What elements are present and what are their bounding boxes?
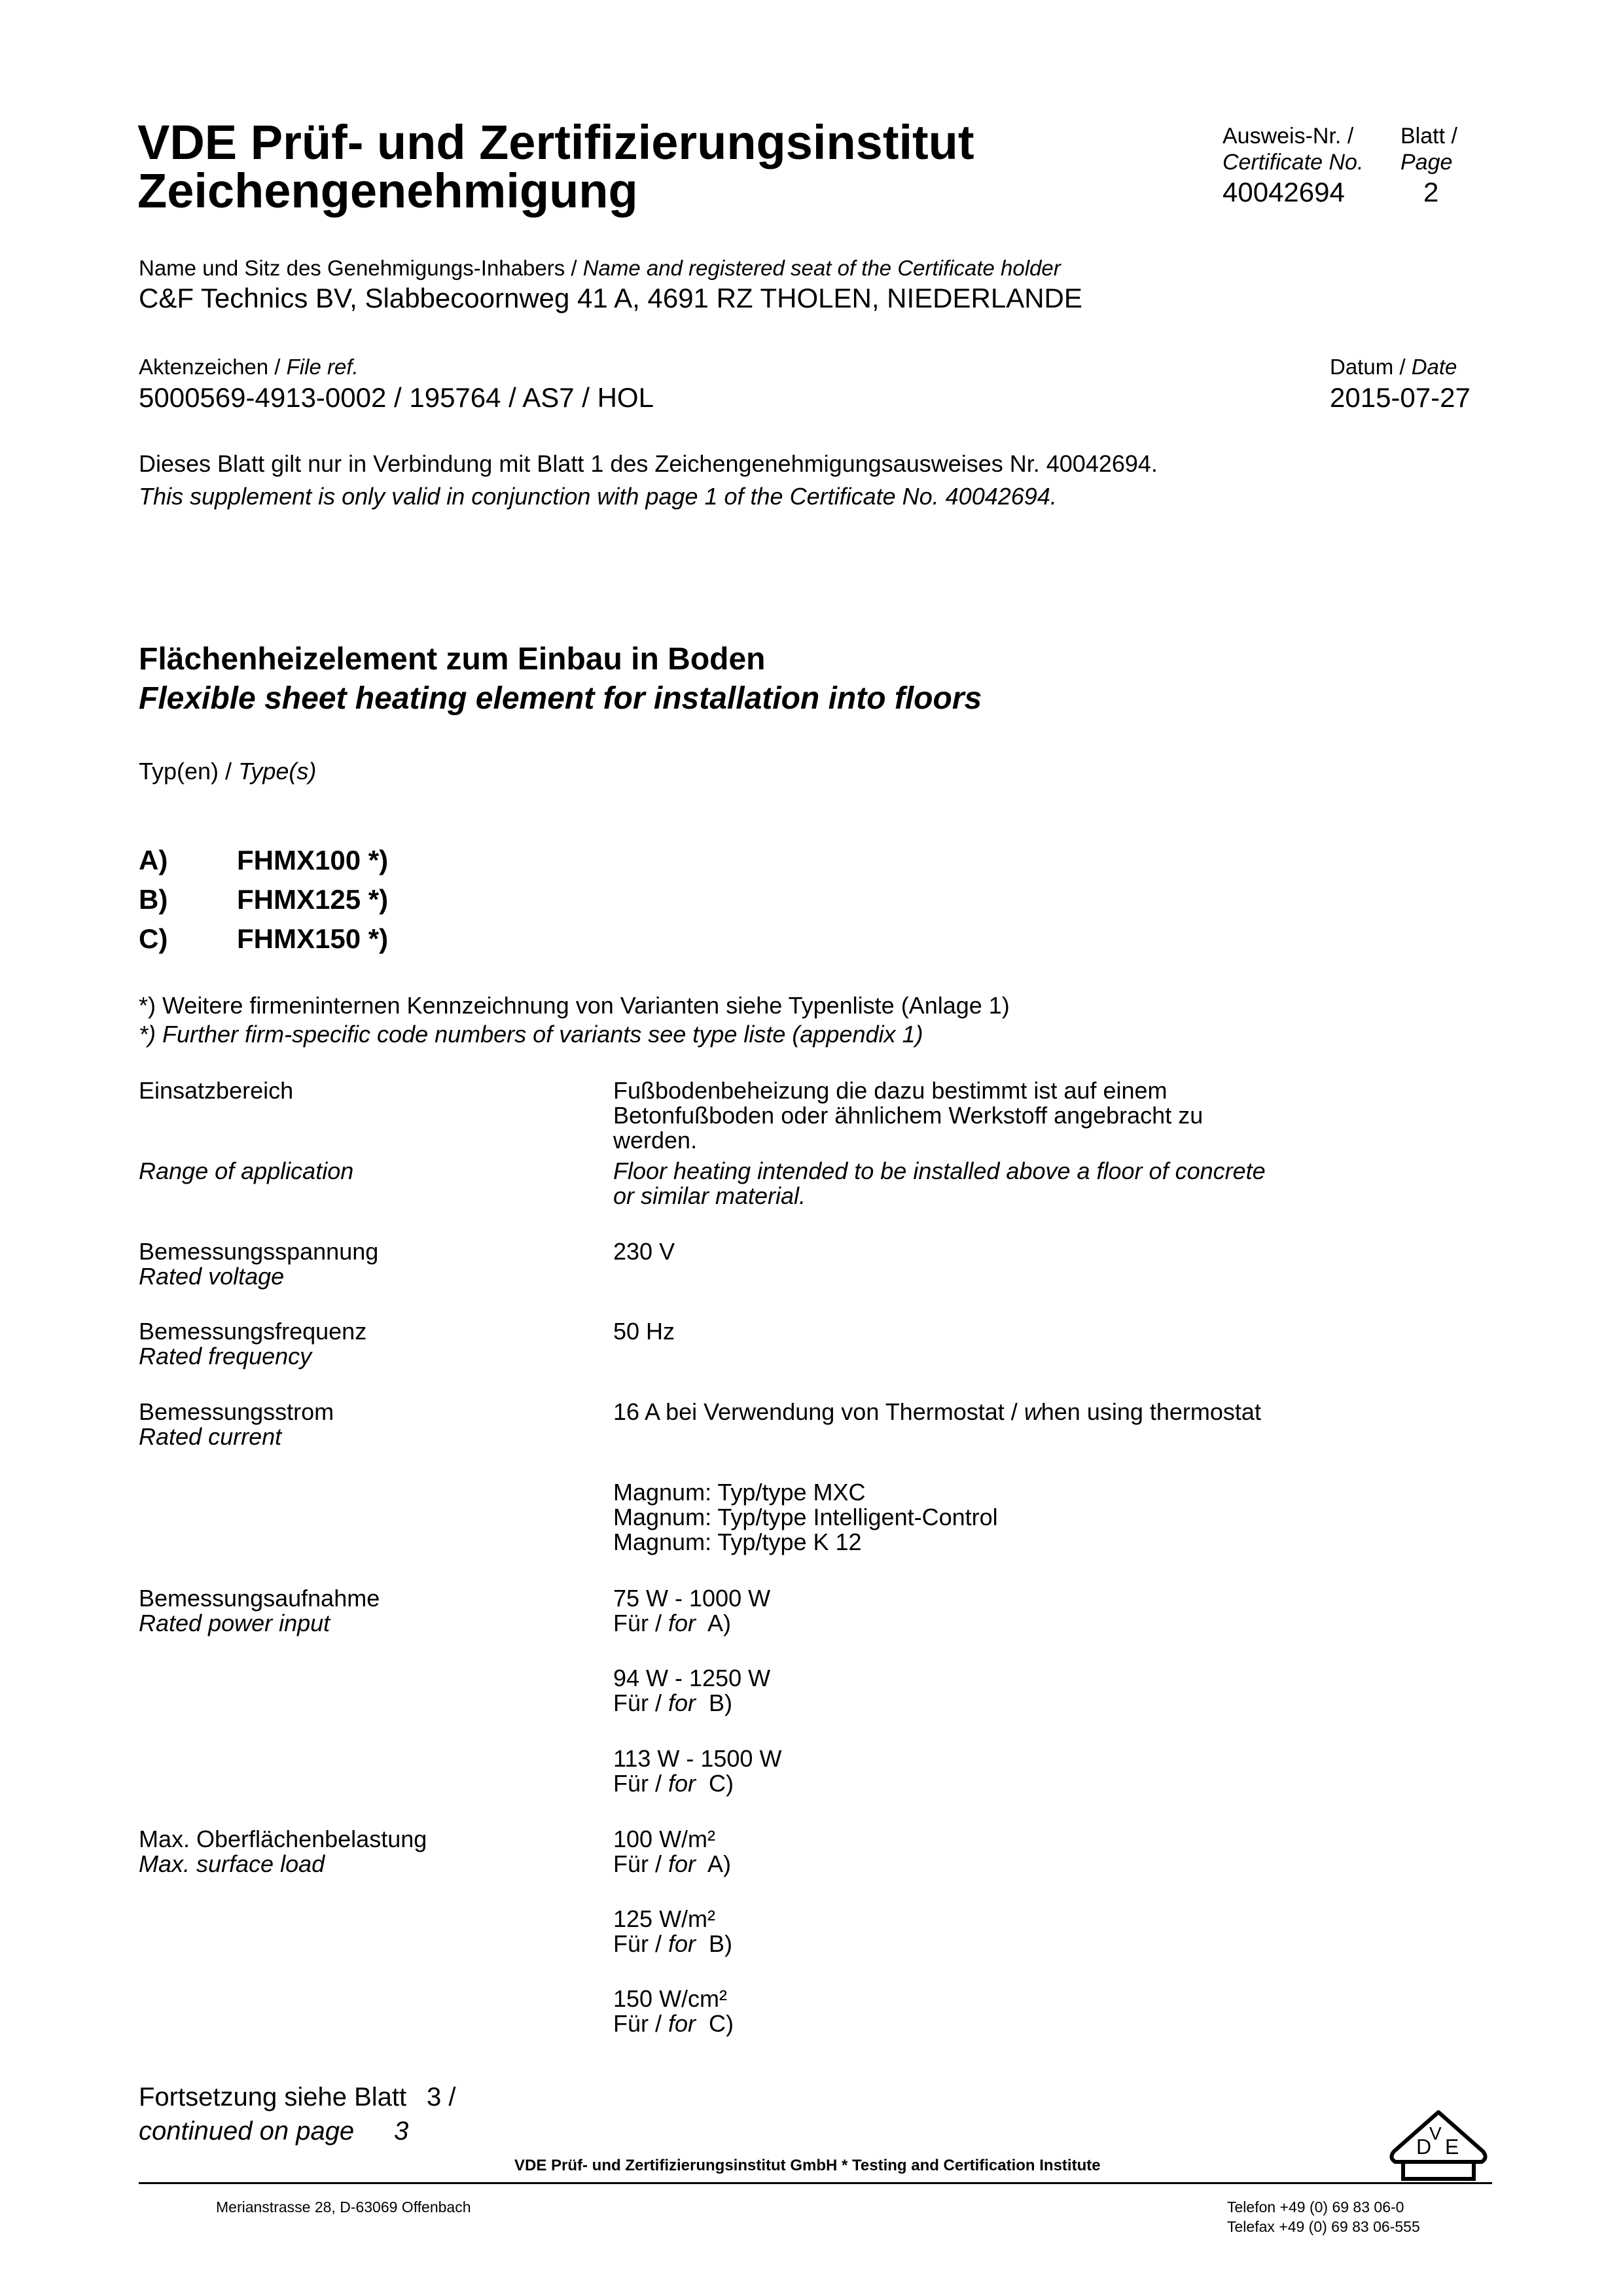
frequency-label-en: Rated frequency xyxy=(139,1344,312,1369)
product-title-en: Flexible sheet heating element for insta… xyxy=(139,679,982,718)
voltage-label-de: Bemessungsspannung xyxy=(139,1239,378,1264)
power-for-a: Für / for A) xyxy=(613,1611,731,1636)
page-number: 2 xyxy=(1423,177,1438,208)
variant: C) xyxy=(696,1770,734,1797)
type-name: FHMX100 *) xyxy=(237,845,388,875)
current-label-en: Rated current xyxy=(139,1424,281,1449)
thermostat-1: Magnum: Typ/type MXC xyxy=(613,1480,866,1505)
product-title-de: Flächenheizelement zum Einbau in Boden xyxy=(139,640,765,679)
continuation-de-page: 3 / xyxy=(427,2083,455,2111)
continuation-en: continued on page3 xyxy=(139,2115,408,2147)
surface-load-for-a: Für / for A) xyxy=(613,1852,731,1877)
footer-institute: VDE Prüf- und Zertifizierungsinstitut Gm… xyxy=(514,2157,1101,2175)
holder-label-en: Name and registered seat of the Certific… xyxy=(583,256,1061,280)
continuation-en-text: continued on page xyxy=(139,2115,394,2147)
variant: B) xyxy=(696,1689,732,1716)
power-value-c: 113 W - 1500 W xyxy=(613,1746,781,1771)
for-de: Für / xyxy=(613,2010,668,2037)
cert-label-en: Certificate No. xyxy=(1222,149,1363,175)
file-ref-label-de: Aktenzeichen / xyxy=(139,355,287,379)
for-en: for xyxy=(668,1930,696,1957)
svg-text:V: V xyxy=(1429,2123,1442,2144)
type-name: FHMX125 *) xyxy=(237,884,388,915)
file-ref-value: 5000569-4913-0002 / 195764 / AS7 / HOL xyxy=(139,382,654,414)
current-value: 16 A bei Verwendung von Thermostat / whe… xyxy=(613,1400,1261,1424)
surface-load-for-c: Für / for C) xyxy=(613,2011,734,2036)
variant: B) xyxy=(696,1930,732,1957)
for-de: Für / xyxy=(613,1850,668,1877)
footer-fax: Telefax +49 (0) 69 83 06-555 xyxy=(1227,2217,1420,2236)
holder-label: Name und Sitz des Genehmigungs-Inhabers … xyxy=(139,255,1061,281)
surface-load-for-b: Für / for B) xyxy=(613,1932,732,1956)
for-en: for xyxy=(668,1610,696,1636)
application-label-de: Einsatzbereich xyxy=(139,1078,293,1103)
file-ref-label: Aktenzeichen / File ref. xyxy=(139,354,359,380)
holder-value: C&F Technics BV, Slabbecoornweg 41 A, 46… xyxy=(139,283,1082,314)
continuation-de-text: Fortsetzung siehe Blatt xyxy=(139,2081,427,2113)
for-en: for xyxy=(668,1770,696,1797)
type-letter: B) xyxy=(139,880,237,919)
for-de: Für / xyxy=(613,1930,668,1957)
date-label: Datum / Date xyxy=(1330,354,1457,380)
date-value: 2015-07-27 xyxy=(1330,382,1471,414)
page-label-en: Page xyxy=(1400,149,1452,175)
document-type-title: Zeichengenehmigung xyxy=(137,166,638,216)
current-value-en-initial: w xyxy=(1024,1398,1041,1425)
current-label-de: Bemessungsstrom xyxy=(139,1400,334,1424)
for-de: Für / xyxy=(613,1770,668,1797)
surface-load-value-a: 100 W/m² xyxy=(613,1827,715,1852)
date-label-en: Date xyxy=(1412,355,1457,379)
power-for-c: Für / for C) xyxy=(613,1771,734,1796)
footer-address: Merianstrasse 28, D-63069 Offenbach xyxy=(216,2197,471,2217)
variant: A) xyxy=(696,1610,731,1636)
type-name: FHMX150 *) xyxy=(237,923,388,954)
surface-load-value-c: 150 W/cm² xyxy=(613,1987,727,2011)
voltage-label-en: Rated voltage xyxy=(139,1264,284,1289)
surface-load-label-de: Max. Oberflächenbelastung xyxy=(139,1827,427,1852)
file-ref-label-en: File ref. xyxy=(287,355,359,379)
power-value-a: 75 W - 1000 W xyxy=(613,1586,770,1611)
certificate-number: 40042694 xyxy=(1222,177,1345,208)
types-label-de: Typ(en) / xyxy=(139,758,238,785)
type-row-a: A)FHMX100 *) xyxy=(139,841,388,880)
cert-label-de: Ausweis-Nr. / xyxy=(1222,123,1353,149)
thermostat-3: Magnum: Typ/type K 12 xyxy=(613,1530,862,1555)
holder-label-de: Name und Sitz des Genehmigungs-Inhabers … xyxy=(139,256,583,280)
power-label-en: Rated power input xyxy=(139,1611,330,1636)
footer-divider xyxy=(139,2182,1492,2184)
footer-phone: Telefon +49 (0) 69 83 06-0 xyxy=(1227,2197,1404,2217)
frequency-value: 50 Hz xyxy=(613,1319,675,1344)
continuation-de: Fortsetzung siehe Blatt3 / xyxy=(139,2081,455,2113)
validity-de: Dieses Blatt gilt nur in Verbindung mit … xyxy=(139,451,1158,476)
for-de: Für / xyxy=(613,1689,668,1716)
vde-logo-icon: D V E xyxy=(1386,2108,1491,2181)
power-value-b: 94 W - 1250 W xyxy=(613,1666,770,1691)
thermostat-2: Magnum: Typ/type Intelligent-Control xyxy=(613,1505,998,1530)
type-letter: C) xyxy=(139,919,237,959)
continuation-en-page: 3 xyxy=(394,2117,408,2146)
power-label-de: Bemessungsaufnahme xyxy=(139,1586,380,1611)
page-label-de: Blatt / xyxy=(1400,123,1457,149)
current-value-de: 16 A bei Verwendung von Thermostat / xyxy=(613,1398,1024,1425)
frequency-label-de: Bemessungsfrequenz xyxy=(139,1319,366,1344)
validity-en: This supplement is only valid in conjunc… xyxy=(139,484,1057,509)
variant: C) xyxy=(696,2010,734,2037)
types-label-en: Type(s) xyxy=(238,758,316,785)
application-value-de: Fußbodenbeheizung die dazu bestimmt ist … xyxy=(613,1078,1203,1153)
types-label: Typ(en) / Type(s) xyxy=(139,759,316,784)
for-de: Für / xyxy=(613,1610,668,1636)
svg-text:E: E xyxy=(1445,2135,1459,2159)
application-label-en: Range of application xyxy=(139,1159,353,1184)
application-value-en: Floor heating intended to be installed a… xyxy=(613,1159,1266,1209)
voltage-value: 230 V xyxy=(613,1239,675,1264)
variant: A) xyxy=(696,1850,731,1877)
current-value-en: hen using thermostat xyxy=(1041,1398,1261,1425)
footnote-de: *) Weitere firmeninternen Kennzeichnung … xyxy=(139,993,1010,1018)
type-row-c: C)FHMX150 *) xyxy=(139,919,388,959)
date-label-de: Datum / xyxy=(1330,355,1412,379)
vde-logo: D V E xyxy=(1386,2108,1491,2180)
for-en: for xyxy=(668,1689,696,1716)
type-row-b: B)FHMX125 *) xyxy=(139,880,388,919)
for-en: for xyxy=(668,2010,696,2037)
footnote-en: *) Further firm-specific code numbers of… xyxy=(139,1022,923,1047)
for-en: for xyxy=(668,1850,696,1877)
surface-load-label-en: Max. surface load xyxy=(139,1852,325,1877)
power-for-b: Für / for B) xyxy=(613,1691,732,1716)
institute-title: VDE Prüf- und Zertifizierungsinstitut xyxy=(137,118,974,168)
surface-load-value-b: 125 W/m² xyxy=(613,1907,715,1932)
type-letter: A) xyxy=(139,841,237,880)
